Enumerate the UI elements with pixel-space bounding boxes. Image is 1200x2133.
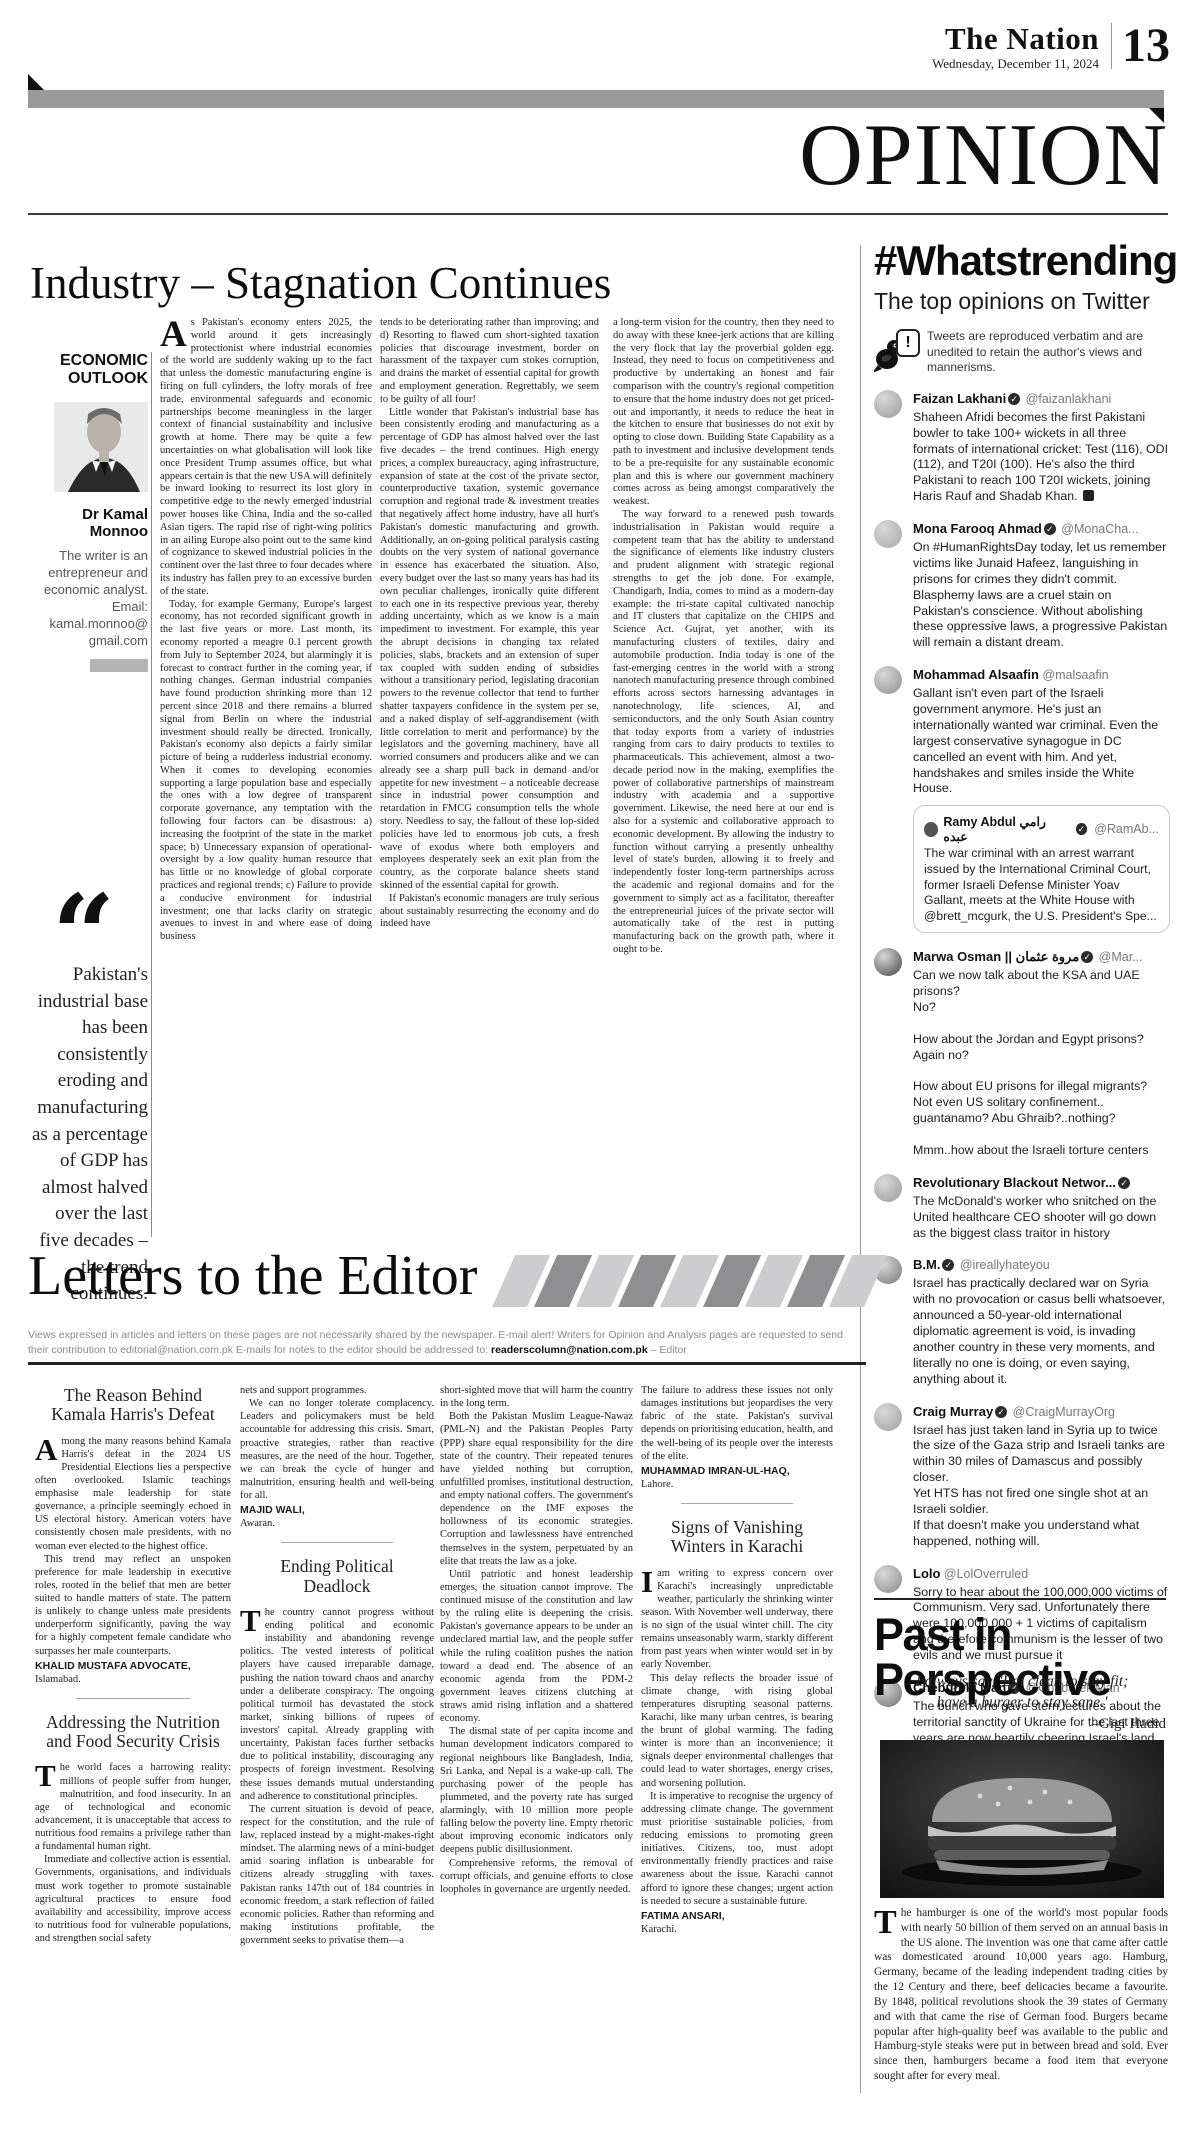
letters-banner-title: Letters to the Editor <box>28 1248 477 1304</box>
media-icon <box>1083 490 1094 501</box>
tweet-text: The McDonald's worker who snitched on th… <box>913 1194 1170 1242</box>
avatar <box>924 822 938 837</box>
tweet-author-name: Marwa Osman || مروة عثمان <box>913 949 1079 964</box>
body-paragraph: The country cannot progress without endi… <box>240 1606 434 1803</box>
drop-cap: T <box>35 1761 60 1789</box>
paper-title: The Nation <box>932 23 1099 54</box>
tweet-author-handle: @MonaCha... <box>1058 522 1139 536</box>
letter-city: Karachi. <box>641 1923 833 1936</box>
tweet-header: Mohammad Alsaafin @malsaafin <box>913 666 1170 684</box>
tweet-body: Marwa Osman || مروة عثمان✓ @Mar...Can we… <box>913 948 1170 1159</box>
quoted-tweet-header: Ramy Abdul رامي عبده✓ @RamAb... <box>924 814 1159 844</box>
avatar <box>874 666 902 694</box>
drop-cap: T <box>240 1606 265 1634</box>
past-quote: I always say, 'Eat clean to stay fit;hav… <box>874 1672 1170 1714</box>
article-column-3: a long-term vision for the country, then… <box>613 317 834 1239</box>
article-column-1: As Pakistan's economy enters 2025, the w… <box>160 317 372 1239</box>
letter-signature: FATIMA ANSARI, <box>641 1910 833 1923</box>
tweet-author-handle: @faizanlakhani <box>1022 392 1111 406</box>
twitter-bird-icon: ! <box>874 329 918 375</box>
masthead-title-block: The Nation Wednesday, December 11, 2024 <box>932 23 1099 70</box>
body-paragraph: The hamburger is one of the world's most… <box>874 1906 1168 2084</box>
tweet-body: Craig Murray✓ @CraigMurrayOrgIsrael has … <box>913 1403 1170 1550</box>
tweet-body: Mona Farooq Ahmad✓ @MonaCha...On #HumanR… <box>913 520 1170 651</box>
section-title: OPINION <box>799 112 1168 200</box>
body-paragraph: This trend may reflect an unspoken prefe… <box>35 1553 231 1658</box>
tweet-header: Lolo @LolOverruled <box>913 1565 1170 1583</box>
body-paragraph: Iam writing to express concern over Kara… <box>641 1567 833 1672</box>
verified-badge-icon: ✓ <box>995 1406 1007 1418</box>
tweet-text: Can we now talk about the KSA and UAE pr… <box>913 968 1170 1159</box>
drop-cap: A <box>35 1435 61 1463</box>
tweet-body: Mohammad Alsaafin @malsaafinGallant isn'… <box>913 666 1170 933</box>
letters-policy-line1: Views expressed in articles and letters … <box>28 1328 866 1343</box>
tweet-author-handle: @ireallyhateyou <box>956 1258 1049 1272</box>
body-paragraph: Immediate and collective action is essen… <box>35 1853 231 1945</box>
author-block: ECONOMIC OUTLOOK Dr Kamal Monnoo The wri… <box>30 352 148 672</box>
tweet-text: Gallant isn't even part of the Israeli g… <box>913 686 1170 797</box>
tweet-header: B.M.✓ @ireallyhateyou <box>913 1256 1170 1274</box>
letter-signature: MAJID WALI, <box>240 1504 434 1517</box>
tweet-text: Israel has just taken land in Syria up t… <box>913 1423 1170 1550</box>
tweet-author-handle: @malsaafin <box>1039 668 1109 682</box>
article-headline: Industry – Stagnation Continues <box>30 260 678 307</box>
alert-bubble-icon: ! <box>896 329 920 357</box>
verified-badge-icon: ✓ <box>1076 823 1088 835</box>
letters-rule <box>28 1362 866 1365</box>
tweet-author-name: Ramy Abdul رامي عبده <box>943 814 1068 844</box>
author-photo <box>54 402 148 492</box>
body-paragraph: tends to be deteriorating rather than im… <box>380 317 599 407</box>
tweet-list: Faizan Lakhani✓ @faizanlakhaniShaheen Af… <box>874 390 1170 1763</box>
tweet-header: Craig Murray✓ @CraigMurrayOrg <box>913 1403 1170 1421</box>
quoted-tweet: Ramy Abdul رامي عبده✓ @RamAb...The war c… <box>913 805 1170 933</box>
body-paragraph: The dismal state of per capita income an… <box>440 1725 633 1856</box>
tweet-author-name: Revolutionary Blackout Networ... <box>913 1175 1116 1190</box>
body-paragraph: The way forward to a renewed push toward… <box>613 509 834 957</box>
tweet-body: Revolutionary Blackout Networ...✓The McD… <box>913 1174 1170 1242</box>
letter-city: Awaran. <box>240 1517 434 1530</box>
tweet-author-handle: @CraigMurrayOrg <box>1009 1405 1115 1419</box>
avatar <box>874 1565 902 1593</box>
tweet-author-handle: @Mar... <box>1095 950 1142 964</box>
letter-divider <box>681 1503 792 1504</box>
past-in-perspective-rule <box>874 1598 1166 1600</box>
past-body: The hamburger is one of the world's most… <box>874 1906 1168 2084</box>
body-paragraph: This delay reflects the broader issue of… <box>641 1672 833 1790</box>
tweet-author-name: Mohammad Alsaafin <box>913 667 1039 682</box>
tweet: Marwa Osman || مروة عثمان✓ @Mar...Can we… <box>874 948 1170 1159</box>
letter-signature: KHALID MUSTAFA ADVOCATE, <box>35 1660 231 1673</box>
page-number: 13 <box>1122 22 1170 70</box>
body-paragraph: Until patriotic and honest leadership em… <box>440 1568 633 1726</box>
avatar <box>874 520 902 548</box>
tweet-text: On #HumanRightsDay today, let us remembe… <box>913 540 1170 651</box>
column-kicker: ECONOMIC OUTLOOK <box>30 352 148 388</box>
tweet-body: Faizan Lakhani✓ @faizanlakhaniShaheen Af… <box>913 390 1170 505</box>
letter-signature: MUHAMMAD IMRAN-UL-HAQ, <box>641 1465 833 1478</box>
letters-column-4: The failure to address these issues not … <box>641 1384 833 2096</box>
tweet-text: Israel has practically declared war on S… <box>913 1276 1170 1387</box>
letter-heading: The Reason Behind Kamala Harris's Defeat <box>41 1386 225 1425</box>
masthead-divider <box>1111 23 1112 69</box>
body-paragraph: Both the Pakistan Muslim League-Nawaz (P… <box>440 1410 633 1568</box>
tweet: Faizan Lakhani✓ @faizanlakhaniShaheen Af… <box>874 390 1170 505</box>
tweet: Mona Farooq Ahmad✓ @MonaCha...On #HumanR… <box>874 520 1170 651</box>
letter-divider <box>76 1698 190 1699</box>
letters-column-3: short-sighted move that will harm the co… <box>440 1384 633 2096</box>
body-paragraph: The failure to address these issues not … <box>641 1384 833 1463</box>
body-paragraph: Little wonder that Pakistan's industrial… <box>380 407 599 893</box>
whatstrending-subtitle: The top opinions on Twitter <box>874 290 1170 313</box>
tweets-disclaimer-text: Tweets are reproduced verbatim and are u… <box>927 329 1170 376</box>
tweet-header: Faizan Lakhani✓ @faizanlakhani <box>913 390 1170 408</box>
author-column-rule <box>151 352 152 1237</box>
author-bio: The writer is an entrepreneur and econom… <box>30 548 148 649</box>
tweet-body: B.M.✓ @ireallyhateyouIsrael has practica… <box>913 1256 1170 1387</box>
body-paragraph: As Pakistan's economy enters 2025, the w… <box>160 317 372 599</box>
letters-banner-stripes <box>492 1255 887 1307</box>
author-name: Dr Kamal Monnoo <box>30 506 148 541</box>
bar-corner-triangle-left <box>28 74 44 90</box>
letter-heading: Ending Political Deadlock <box>246 1557 428 1596</box>
whatstrending-section: #Whatstrending The top opinions on Twitt… <box>874 240 1170 1762</box>
tweet-author-handle: @LolOverruled <box>940 1567 1028 1581</box>
top-gray-bar <box>28 90 1164 108</box>
body-paragraph: It is imperative to recognise the urgenc… <box>641 1790 833 1908</box>
body-paragraph: The current situation is devoid of peace… <box>240 1803 434 1947</box>
tweets-disclaimer: ! Tweets are reproduced verbatim and are… <box>874 329 1170 376</box>
letters-column-1: The Reason Behind Kamala Harris's Defeat… <box>35 1384 231 2096</box>
tweet-header: Marwa Osman || مروة عثمان✓ @Mar... <box>913 948 1170 966</box>
tweet-author-name: Craig Murray <box>913 1404 993 1419</box>
tweet-header: Revolutionary Blackout Networ...✓ <box>913 1174 1170 1192</box>
letter-city: Islamabad. <box>35 1673 231 1686</box>
whatstrending-title: #Whatstrending <box>874 240 1170 282</box>
past-quote-attribution: –Gigi Hadid <box>874 1716 1166 1733</box>
body-paragraph: Comprehensive reforms, the removal of co… <box>440 1857 633 1896</box>
letter-heading: Addressing the Nutrition and Food Securi… <box>41 1713 225 1752</box>
section-rule <box>28 213 1168 215</box>
drop-cap: I <box>641 1567 657 1595</box>
tweet: Craig Murray✓ @CraigMurrayOrgIsrael has … <box>874 1403 1170 1550</box>
tweet-author-name: Lolo <box>913 1566 940 1581</box>
verified-badge-icon: ✓ <box>1044 523 1056 535</box>
main-column-rule <box>860 245 861 2093</box>
letter-divider <box>281 1542 394 1543</box>
tweet-header: Mona Farooq Ahmad✓ @MonaCha... <box>913 520 1170 538</box>
author-gray-bar <box>90 659 148 672</box>
tweet: Mohammad Alsaafin @malsaafinGallant isn'… <box>874 666 1170 933</box>
letters-column-2: nets and support programmes.We can no lo… <box>240 1384 434 2096</box>
tweet-author-name: Faizan Lakhani <box>913 391 1006 406</box>
avatar <box>874 948 902 976</box>
tweet-author-name: Mona Farooq Ahmad <box>913 521 1042 536</box>
tweet-author-handle: @RamAb... <box>1094 822 1159 836</box>
tweet: B.M.✓ @ireallyhateyouIsrael has practica… <box>874 1256 1170 1387</box>
letters-policy-line2: their contribution to editorial@nation.c… <box>28 1343 866 1358</box>
drop-cap: T <box>874 1906 901 1937</box>
verified-badge-icon: ✓ <box>1081 951 1093 963</box>
body-paragraph: a long-term vision for the country, then… <box>613 317 834 509</box>
avatar <box>874 1174 902 1202</box>
tweet-text: Shaheen Afridi becomes the first Pakista… <box>913 410 1170 505</box>
article-column-2: tends to be deteriorating rather than im… <box>380 317 599 1239</box>
avatar <box>874 390 902 418</box>
letters-policy-note: Views expressed in articles and letters … <box>28 1328 866 1357</box>
tweet: Revolutionary Blackout Networ...✓The McD… <box>874 1174 1170 1242</box>
body-paragraph: short-sighted move that will harm the co… <box>440 1384 633 1410</box>
tweet-text: The war criminal with an arrest warrant … <box>924 846 1159 924</box>
letter-city: Lahore. <box>641 1478 833 1491</box>
masthead: The Nation Wednesday, December 11, 2024 … <box>932 22 1170 70</box>
drop-cap: A <box>160 317 191 350</box>
readers-column-email: readerscolumn@nation.com.pk <box>491 1344 648 1356</box>
issue-date: Wednesday, December 11, 2024 <box>932 57 1099 70</box>
body-paragraph: The world faces a harrowing reality: mil… <box>35 1761 231 1853</box>
body-paragraph: nets and support programmes. <box>240 1384 434 1397</box>
hamburger-photo <box>880 1740 1164 1898</box>
tweet-author-name: B.M. <box>913 1257 940 1272</box>
letter-heading: Signs of Vanishing Winters in Karachi <box>647 1518 827 1557</box>
verified-badge-icon: ✓ <box>942 1259 954 1271</box>
body-paragraph: Today, for example Germany, Europe's lar… <box>160 599 372 945</box>
body-paragraph: Among the many reasons behind Kamala Har… <box>35 1435 231 1553</box>
verified-badge-icon: ✓ <box>1008 393 1020 405</box>
body-paragraph: We can no longer tolerate complacency. L… <box>240 1397 434 1502</box>
body-paragraph: If Pakistan's economic managers are trul… <box>380 893 599 931</box>
avatar <box>874 1403 902 1431</box>
verified-badge-icon: ✓ <box>1118 1177 1130 1189</box>
